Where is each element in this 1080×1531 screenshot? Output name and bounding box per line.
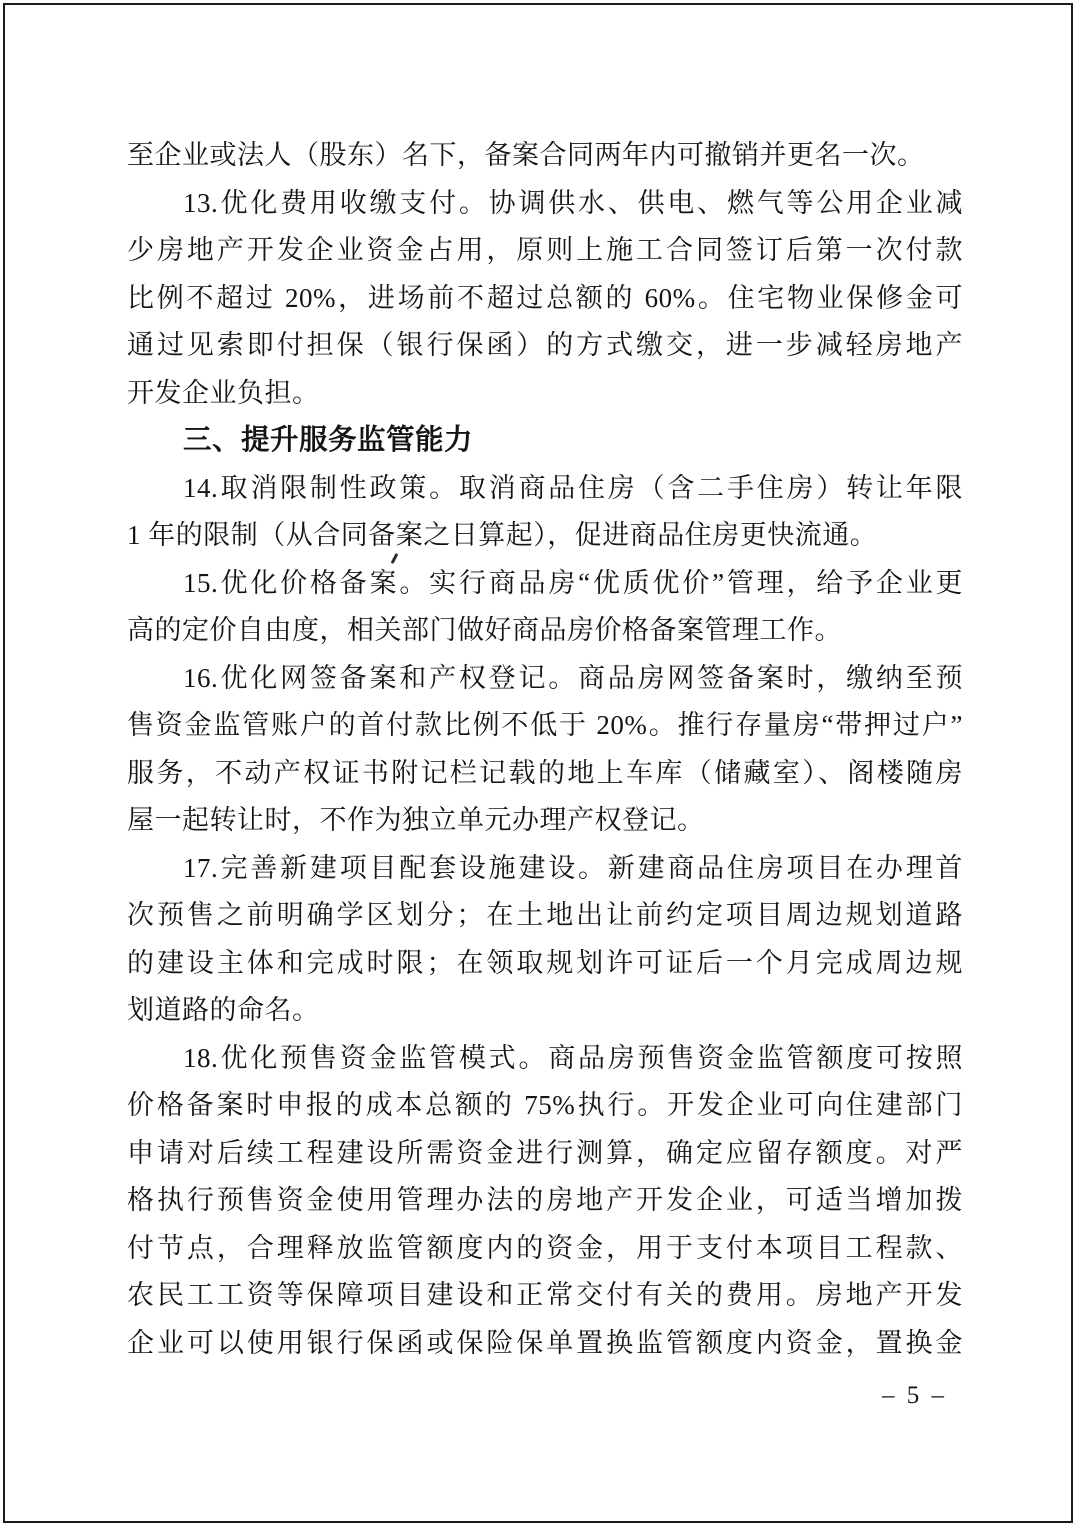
- text-line: 价格备案时申报的成本总额的 75%执行。开发企业可向住建部门: [127, 1082, 963, 1130]
- page-number: – 5 –: [882, 1382, 947, 1410]
- text-line: 17.完善新建项目配套设施建设。新建商品住房项目在办理首: [127, 845, 963, 893]
- text-line: 屋一起转让时，不作为独立单元办理产权登记。: [127, 797, 963, 845]
- text-line: 14.取消限制性政策。取消商品住房（含二手住房）转让年限: [127, 465, 963, 513]
- text-line: 少房地产开发企业资金占用，原则上施工合同签订后第一次付款: [127, 227, 963, 275]
- text-line: 16.优化网签备案和产权登记。商品房网签备案时，缴纳至预: [127, 655, 963, 703]
- document-page: 至企业或法人（股东）名下，备案合同两年内可撤销并更名一次。13.优化费用收缴支付…: [0, 0, 1080, 1531]
- text-line: 申请对后续工程建设所需资金进行测算，确定应留存额度。对严: [127, 1130, 963, 1178]
- text-line: 付节点，合理释放监管额度内的资金，用于支付本项目工程款、: [127, 1225, 963, 1273]
- text-line: 高的定价自由度，相关部门做好商品房价格备案管理工作。: [127, 607, 963, 655]
- text-line: 服务，不动产权证书附记栏记载的地上车库（储藏室）、阁楼随房: [127, 750, 963, 798]
- section-heading: 三、提升服务监管能力: [127, 417, 963, 465]
- text-line: 15.优化价格备案。实行商品房“优质优价”管理，给予企业更: [127, 560, 963, 608]
- text-line: 次预售之前明确学区划分；在土地出让前约定项目周边规划道路: [127, 892, 963, 940]
- text-line: 开发企业负担。: [127, 370, 963, 418]
- text-line: 售资金监管账户的首付款比例不低于 20%。推行存量房“带押过户”: [127, 702, 963, 750]
- text-line: 13.优化费用收缴支付。协调供水、供电、燃气等公用企业减: [127, 180, 963, 228]
- text-line: 1 年的限制（从合同备案之日算起），促进商品住房更快流通。: [127, 512, 963, 560]
- text-line: 划道路的命名。: [127, 987, 963, 1035]
- text-line: 格执行预售资金使用管理办法的房地产开发企业，可适当增加拨: [127, 1177, 963, 1225]
- text-line: 18.优化预售资金监管模式。商品房预售资金监管额度可按照: [127, 1035, 963, 1083]
- document-body: 至企业或法人（股东）名下，备案合同两年内可撤销并更名一次。13.优化费用收缴支付…: [127, 132, 963, 1367]
- text-line: 比例不超过 20%，进场前不超过总额的 60%。住宅物业保修金可: [127, 275, 963, 323]
- text-line: 企业可以使用银行保函或保险保单置换监管额度内资金，置换金: [127, 1320, 963, 1368]
- text-line: 至企业或法人（股东）名下，备案合同两年内可撤销并更名一次。: [127, 132, 963, 180]
- text-line: 农民工工资等保障项目建设和正常交付有关的费用。房地产开发: [127, 1272, 963, 1320]
- text-line: 通过见索即付担保（银行保函）的方式缴交，进一步减轻房地产: [127, 322, 963, 370]
- text-line: 的建设主体和完成时限；在领取规划许可证后一个月完成周边规: [127, 940, 963, 988]
